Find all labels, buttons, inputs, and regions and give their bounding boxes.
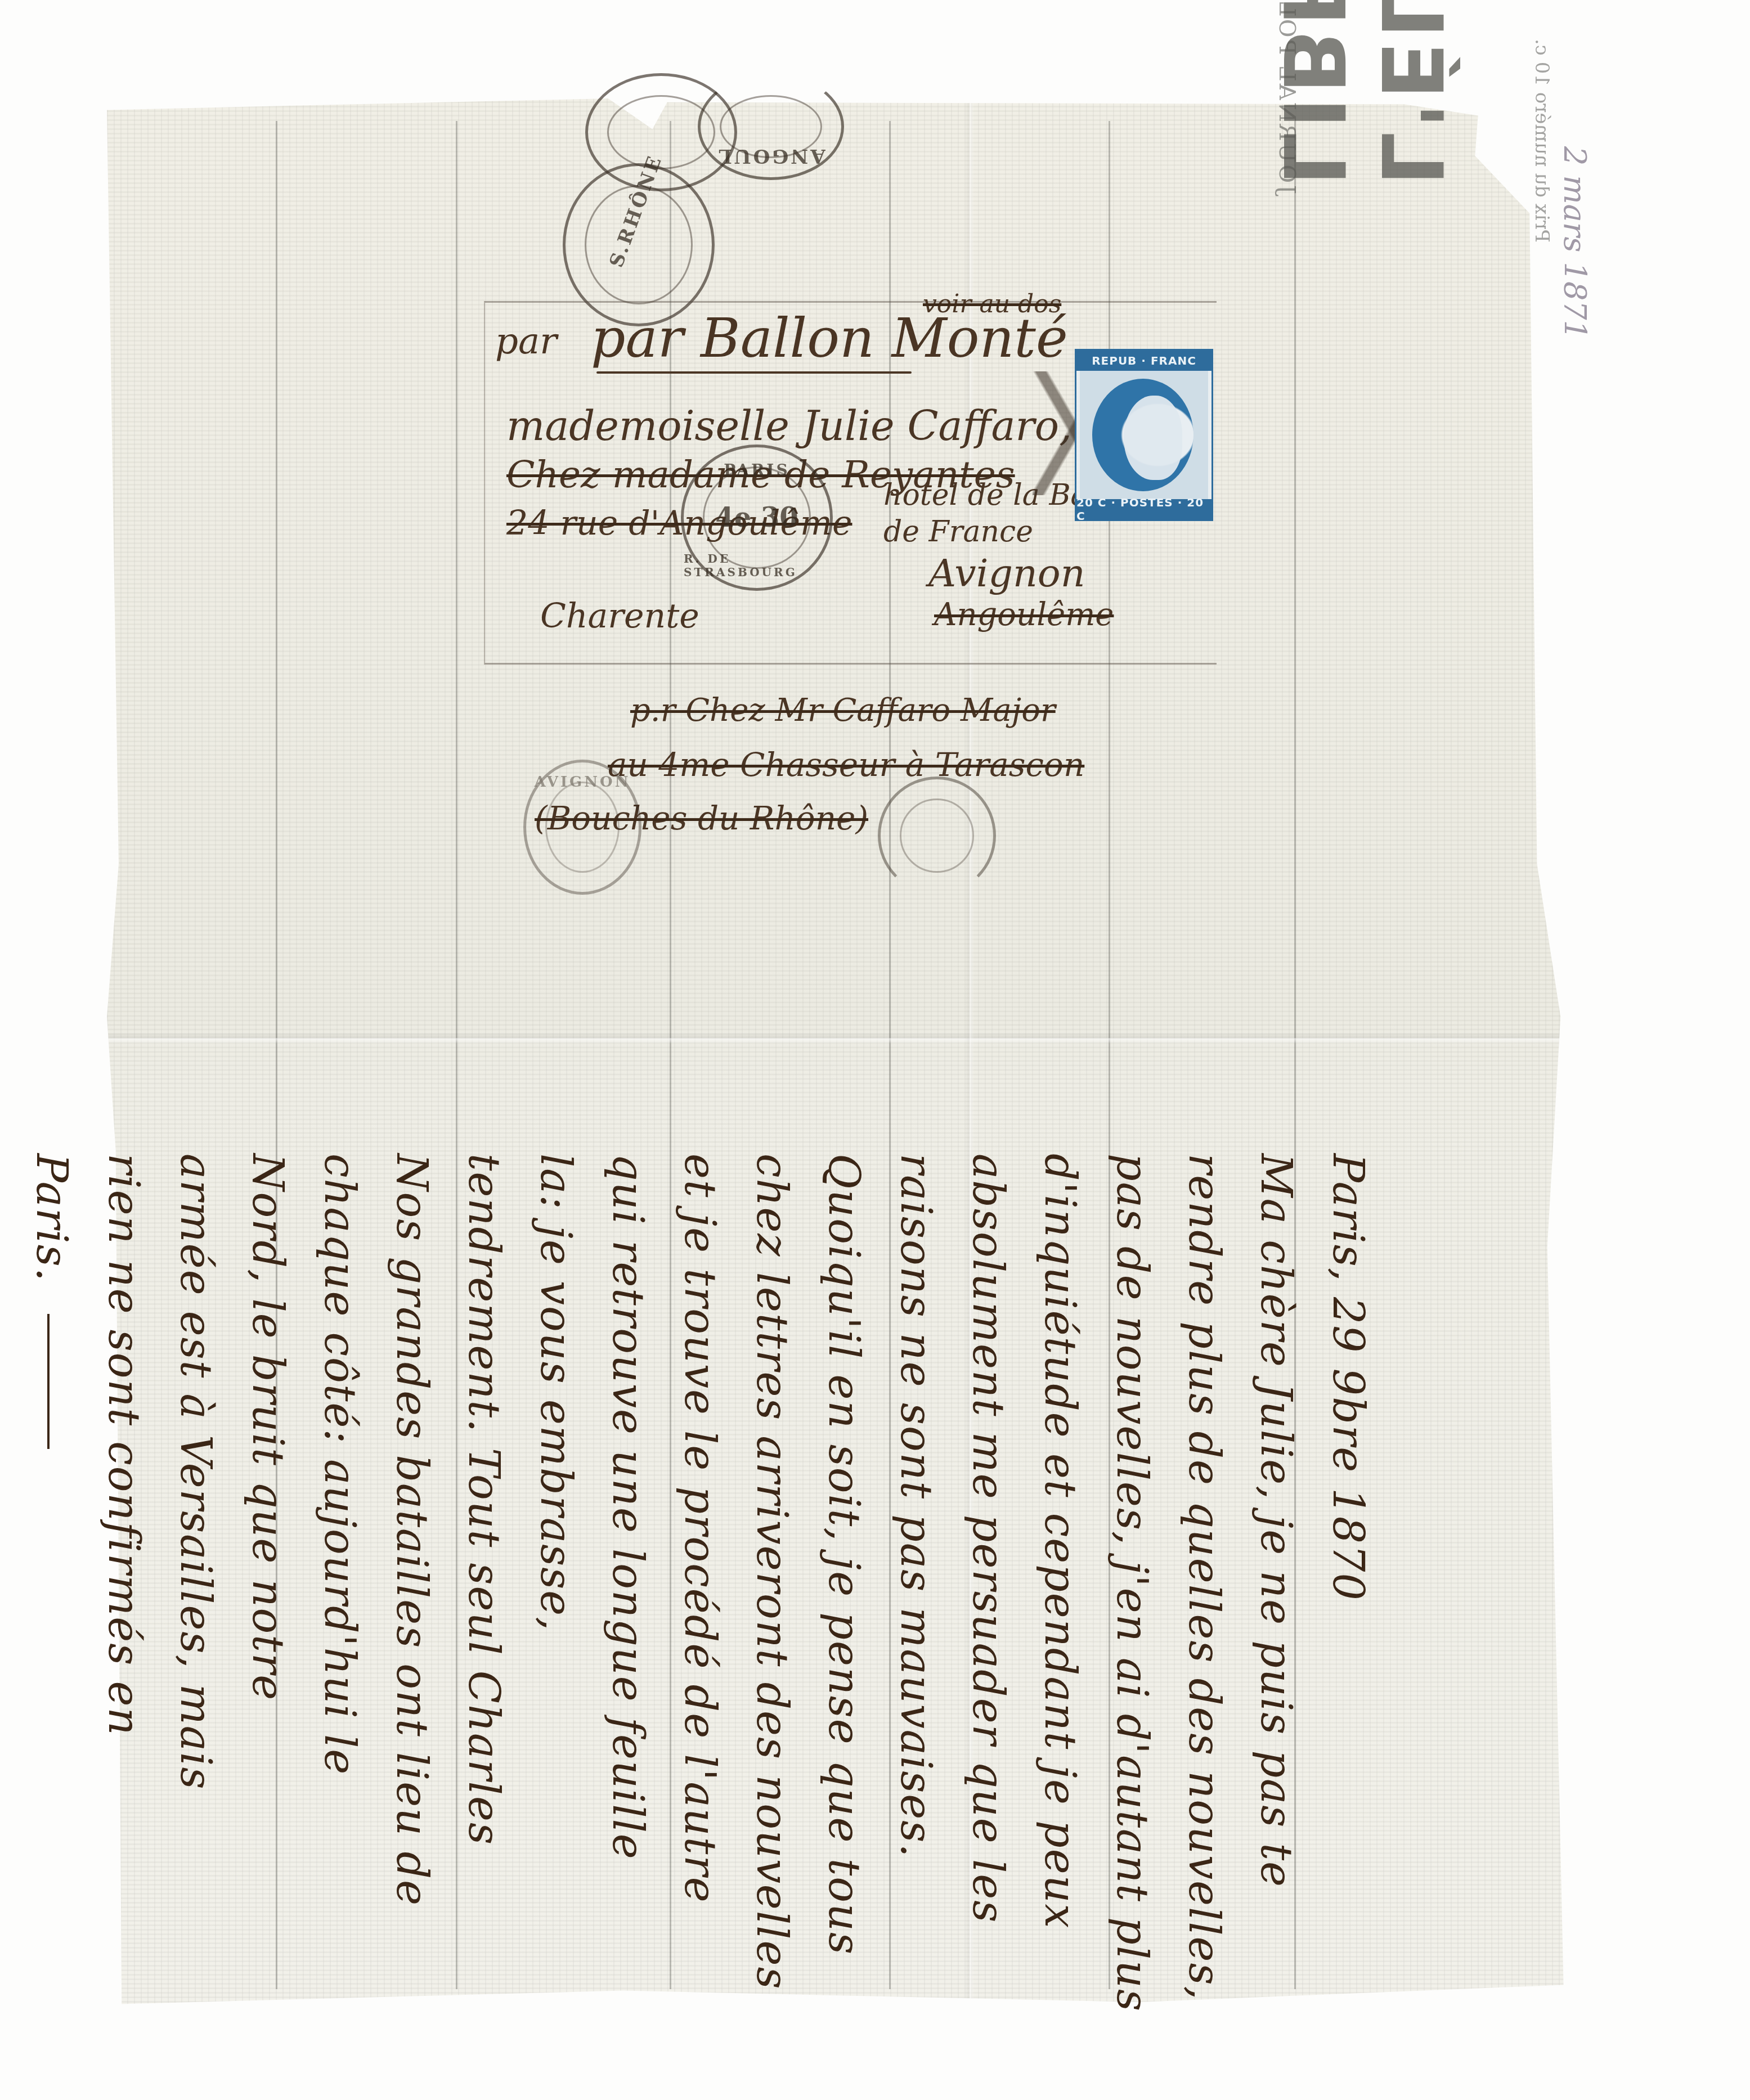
routing-underline (596, 371, 912, 374)
redirect-line-1: p.r Chez Mr Caffaro Major (630, 692, 1056, 729)
signature-underline (47, 1314, 50, 1449)
letter-line: qui retrouve une longue feuille (592, 1154, 664, 2054)
stamp-top-text: REPUB · FRANC (1076, 351, 1211, 371)
postmark-faint-2 (878, 777, 996, 895)
postmark-paris: PARIS 4e 30 R. DE STRASBOURG (681, 445, 833, 591)
ceres-head-icon (1124, 396, 1182, 480)
letter-line: chez lettres arriveront des nouvelles (736, 1154, 808, 2054)
letter-line: Nos grandes batailles ont lieu de (376, 1154, 448, 2054)
city-struck: Angoulême (934, 596, 1114, 633)
letter-line: tendrement. Tout seul Charles (448, 1154, 520, 2054)
pencil-annotation: 2 mars 1871 (1557, 146, 1592, 339)
recipient-name: mademoiselle Julie Caffaro, (506, 402, 1072, 450)
newspaper-price-note: Prix du numéro 10 c. (1525, 0, 1553, 338)
letter-line: Ma chère Julie, je ne puis pas te (1240, 1154, 1312, 2054)
letter-line: Paris. (27, 1154, 77, 1282)
letter-line: pas de nouvelles, j'en ai d'autant plus (1096, 1154, 1168, 2054)
forward-line-2: de France (883, 515, 1033, 549)
forward-city: Avignon (928, 551, 1085, 596)
letter-line: absolument me persuader que les (952, 1154, 1024, 2054)
horizontal-fold (107, 1033, 1581, 1044)
letter-line: armée est à Versailles, mais (160, 1154, 232, 2054)
letter-line: Quoiqu'il en soit, je pense que tous (808, 1154, 880, 2054)
ceres-stamp-20c: REPUB · FRANC 20 C · POSTES · 20 C (1075, 349, 1213, 521)
postmark-avignon: AVIGNON (523, 760, 641, 895)
newspaper-masthead: L'ÉLECTEUR LIBRE (1311, 0, 1412, 186)
letter-date: Paris, 29 9bre 1870 (1312, 1154, 1384, 2054)
stamp-bottom-text: 20 C · POSTES · 20 C (1076, 499, 1211, 519)
region: Charente (540, 596, 699, 636)
letter-line: et je trouve le procédé de l'autre (664, 1154, 736, 2054)
letter-closing: Paris. (16, 1154, 88, 2054)
newspaper-subtitle: JOURNAL POLITIQUE QUOTIDIEN (1266, 0, 1300, 214)
postmark-angoul: ANGOUL (698, 73, 844, 180)
letter-line: raisons ne sont pas mauvaises. (880, 1154, 952, 2054)
letter-line: la: je vous embrasse, (520, 1154, 592, 2054)
letter-line: Nord, le bruit que notre (232, 1154, 304, 2054)
photo-stage: L'ÉLECTEUR LIBRE JOURNAL POLITIQUE QUOTI… (0, 0, 1750, 2100)
routing-note-struck: voir au dos (923, 290, 1061, 318)
routing-prefix: par (495, 321, 557, 362)
handwritten-letter: Paris, 29 9bre 1870 Ma chère Julie, je n… (16, 1154, 1384, 2054)
redirect-line-2: au 4me Chasseur à Tarascon (608, 746, 1084, 784)
letter-line: chaque côté: aujourd'hui le (304, 1154, 376, 2054)
letter-line: d'inquiétude et cependant je peux (1024, 1154, 1096, 2054)
letter-line: rendre plus de quelles des nouvelles, (1168, 1154, 1240, 2054)
letter-line: rien ne sont confirmés en (88, 1154, 160, 2054)
